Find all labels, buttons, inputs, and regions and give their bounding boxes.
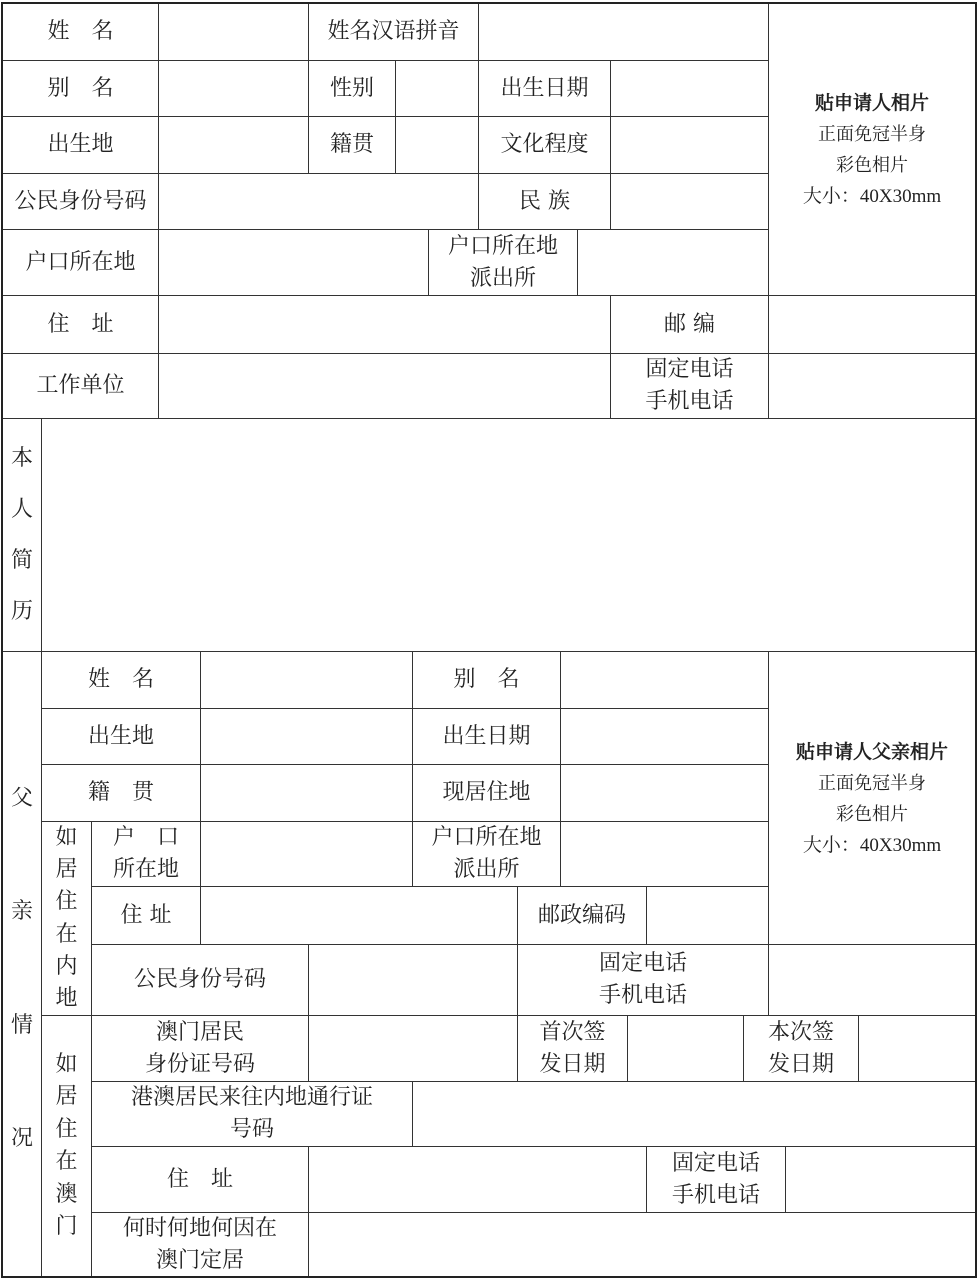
permit-number-label: 港澳居民来往内地通行证 号码 [91, 1081, 413, 1147]
father-dob-label: 出生日期 [412, 708, 561, 765]
settle-reason-label-text: 何时何地何因在 澳门定居 [123, 1213, 277, 1277]
father-photo-size: 大小：40X30mm [803, 830, 941, 861]
father-label-char: 亲 [11, 896, 33, 928]
ethnicity-label-text: 民 族 [519, 186, 570, 218]
employer-field[interactable] [158, 353, 611, 419]
phone-field[interactable] [768, 353, 976, 419]
first-issue-date-label: 首次签 发日期 [517, 1015, 628, 1082]
phone-label: 固定电话 手机电话 [610, 353, 769, 419]
resume-label: 本 人 简 历 [2, 418, 42, 652]
father-alias-label: 别 名 [412, 651, 561, 709]
photo-line1: 正面免冠半身 [818, 119, 926, 150]
hukou-label: 户口所在地 [2, 229, 159, 296]
education-field[interactable] [610, 116, 769, 174]
permit-number-label-text: 港澳居民来往内地通行证 号码 [131, 1082, 373, 1146]
settle-reason-field[interactable] [308, 1212, 976, 1277]
address-label-text: 住 址 [47, 309, 113, 341]
phone-label-text: 固定电话 手机电话 [645, 354, 733, 418]
father-hukou-police-label-text: 户口所在地 派出所 [431, 822, 541, 886]
dob-label: 出生日期 [478, 60, 611, 117]
employer-label-text: 工作单位 [36, 370, 124, 402]
father-dob-field[interactable] [560, 708, 769, 765]
macau-label-char: 居 [55, 1081, 77, 1114]
hukou-police-label-text: 户口所在地 派出所 [448, 231, 558, 295]
macau-address-label-text: 住 址 [167, 1164, 233, 1196]
first-issue-date-field[interactable] [627, 1015, 744, 1082]
pinyin-field[interactable] [478, 3, 769, 61]
father-ml-phone-label-text: 固定电话 手机电话 [599, 948, 687, 1012]
hukou-field[interactable] [158, 229, 429, 296]
hukou-police-label: 户口所在地 派出所 [428, 229, 578, 296]
settle-reason-label: 何时何地何因在 澳门定居 [91, 1212, 309, 1277]
id-number-field[interactable] [158, 173, 479, 230]
name-field[interactable] [158, 3, 309, 61]
macau-id-label-text: 澳门居民 身份证号码 [145, 1017, 255, 1081]
current-issue-date-label: 本次签 发日期 [743, 1015, 859, 1082]
ethnicity-field[interactable] [610, 173, 769, 230]
mainland-label-char: 内 [55, 951, 77, 983]
mainland-group-label: 如 居 住 在 内 地 [41, 821, 92, 1016]
father-residence-field[interactable] [560, 764, 769, 822]
father-photo-line2: 彩色相片 [836, 799, 908, 830]
employer-label: 工作单位 [2, 353, 159, 419]
father-alias-field[interactable] [560, 651, 769, 709]
macau-label-char: 如 [55, 1049, 77, 1082]
father-dob-label-text: 出生日期 [442, 721, 530, 753]
father-ml-id-label: 公民身份号码 [91, 944, 309, 1016]
macau-label-char: 门 [55, 1211, 77, 1244]
father-birthplace-field[interactable] [200, 708, 413, 765]
native-place-field[interactable] [395, 116, 479, 174]
sex-field[interactable] [395, 60, 479, 117]
photo-line2: 彩色相片 [836, 150, 908, 181]
birthplace-field[interactable] [158, 116, 309, 174]
father-hukou-label-text: 户 口 所在地 [113, 822, 179, 886]
resume-field[interactable] [41, 418, 976, 652]
macau-address-label: 住 址 [91, 1146, 309, 1213]
father-photo-box[interactable]: 贴申请人父亲相片 正面免冠半身 彩色相片 大小：40X30mm [768, 651, 976, 946]
father-hukou-police-label: 户口所在地 派出所 [412, 821, 561, 887]
father-hukou-field[interactable] [200, 821, 413, 887]
mainland-label-char: 地 [55, 983, 77, 1015]
father-native-place-label-text: 籍 贯 [88, 777, 154, 809]
father-label-char: 况 [11, 1123, 33, 1155]
photo-size: 大小：40X30mm [803, 181, 941, 212]
birthplace-label-text: 出生地 [47, 129, 113, 161]
father-ml-address-label: 住 址 [91, 886, 201, 945]
macau-label-char: 澳 [55, 1179, 77, 1212]
father-name-field[interactable] [200, 651, 413, 709]
mainland-label-char: 在 [55, 919, 77, 951]
postcode-label-text: 邮 编 [664, 309, 715, 341]
native-place-label: 籍贯 [308, 116, 396, 174]
application-form: 姓 名 姓名汉语拼音 贴申请人相片 正面免冠半身 彩色相片 大小：40X30mm… [0, 0, 977, 1280]
postcode-label: 邮 编 [610, 295, 769, 354]
father-postcode-label: 邮政编码 [517, 886, 647, 945]
id-number-label-text: 公民身份号码 [14, 186, 146, 218]
mainland-label-char: 居 [55, 854, 77, 886]
macau-address-field[interactable] [308, 1146, 647, 1213]
father-birthplace-label-text: 出生地 [88, 721, 154, 753]
pinyin-label-text: 姓名汉语拼音 [327, 16, 459, 48]
father-residence-label: 现居住地 [412, 764, 561, 822]
hukou-label-text: 户口所在地 [25, 247, 135, 279]
education-label: 文化程度 [478, 116, 611, 174]
id-number-label: 公民身份号码 [2, 173, 159, 230]
father-ml-address-field[interactable] [200, 886, 518, 945]
father-native-place-label: 籍 贯 [41, 764, 201, 822]
macau-phone-label: 固定电话 手机电话 [646, 1146, 786, 1213]
father-hukou-police-field[interactable] [560, 821, 769, 887]
father-ml-phone-label: 固定电话 手机电话 [517, 944, 769, 1016]
dob-field[interactable] [610, 60, 769, 117]
alias-label: 别 名 [2, 60, 159, 117]
father-label-char: 父 [11, 783, 33, 815]
resume-label-char: 历 [11, 596, 33, 628]
father-postcode-label-text: 邮政编码 [538, 900, 626, 932]
father-alias-label-text: 别 名 [453, 664, 519, 696]
address-field[interactable] [158, 295, 611, 354]
macau-group-label: 如 居 住 在 澳 门 [41, 1015, 92, 1277]
father-residence-label-text: 现居住地 [442, 777, 530, 809]
father-birthplace-label: 出生地 [41, 708, 201, 765]
father-ml-address-label-text: 住 址 [121, 900, 172, 932]
postcode-field[interactable] [768, 295, 976, 354]
photo-title: 贴申请人相片 [815, 88, 929, 119]
current-issue-date-field[interactable] [858, 1015, 976, 1082]
father-ml-phone-field[interactable] [768, 944, 976, 1016]
native-place-label-text: 籍贯 [330, 129, 374, 161]
father-name-label-text: 姓 名 [88, 664, 154, 696]
address-label: 住 址 [2, 295, 159, 354]
first-issue-date-label-text: 首次签 发日期 [539, 1017, 605, 1081]
current-issue-date-label-text: 本次签 发日期 [768, 1017, 834, 1081]
father-postcode-field[interactable] [646, 886, 769, 945]
father-ml-id-label-text: 公民身份号码 [134, 964, 266, 996]
dob-label-text: 出生日期 [500, 73, 588, 105]
hukou-police-field[interactable] [577, 229, 769, 296]
resume-label-char: 简 [11, 545, 33, 577]
father-native-place-field[interactable] [200, 764, 413, 822]
father-photo-title: 贴申请人父亲相片 [796, 737, 948, 768]
father-name-label: 姓 名 [41, 651, 201, 709]
macau-phone-label-text: 固定电话 手机电话 [672, 1148, 760, 1212]
father-hukou-label: 户 口 所在地 [91, 821, 201, 887]
macau-phone-field[interactable] [785, 1146, 976, 1213]
sex-label-text: 性别 [330, 73, 374, 105]
sex-label: 性别 [308, 60, 396, 117]
alias-field[interactable] [158, 60, 309, 117]
pinyin-label: 姓名汉语拼音 [308, 3, 479, 61]
permit-number-field[interactable] [412, 1081, 976, 1147]
macau-label-char: 住 [55, 1114, 77, 1147]
name-label: 姓 名 [2, 3, 159, 61]
father-photo-line1: 正面免冠半身 [818, 768, 926, 799]
ethnicity-label: 民 族 [478, 173, 611, 230]
father-ml-id-field[interactable] [308, 944, 518, 1016]
mainland-label-char: 住 [55, 886, 77, 918]
education-label-text: 文化程度 [500, 129, 588, 161]
father-section-label: 父 亲 情 况 [2, 651, 42, 1277]
mainland-label-char: 如 [55, 822, 77, 854]
resume-label-char: 本 [11, 443, 33, 475]
macau-id-label: 澳门居民 身份证号码 [91, 1015, 309, 1082]
name-label-text: 姓 名 [47, 16, 113, 48]
father-label-char: 情 [11, 1010, 33, 1042]
birthplace-label: 出生地 [2, 116, 159, 174]
alias-label-text: 别 名 [47, 73, 113, 105]
applicant-photo-box[interactable]: 贴申请人相片 正面免冠半身 彩色相片 大小：40X30mm [768, 3, 976, 296]
resume-label-char: 人 [11, 494, 33, 526]
macau-label-char: 在 [55, 1146, 77, 1179]
macau-id-field[interactable] [308, 1015, 518, 1082]
